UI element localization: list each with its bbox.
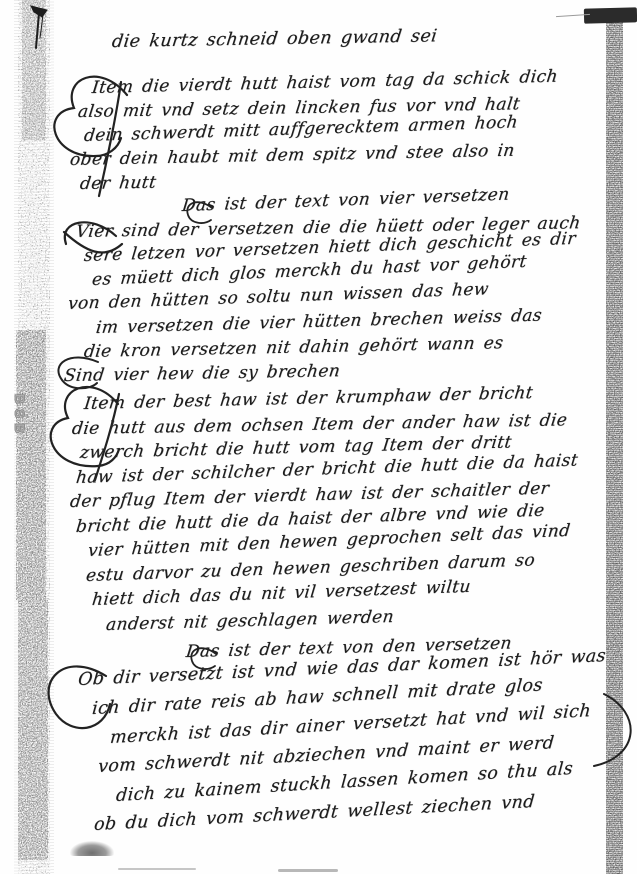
manuscript-text-line: die kurtz schneid oben gwand sei [111,24,439,54]
manuscript-title-line: die kurtz schneid oben gwand sei [112,30,437,54]
bottom-edge-smudge [278,869,338,872]
bottom-ink-blob [70,841,114,856]
right-top-edge-bar [584,7,637,23]
manuscript-scan-page: BSB die kurtz schneid oben gwand sei Ite… [0,0,637,874]
library-stamp-bsb: BSB [12,386,28,446]
right-page-edge-strip [606,12,623,874]
paragraph-ob-dir-versetzt: Ob dir versetzt ist vnd wie das dar kome… [70,666,606,840]
paragraph-hut-vom-tag: Item die vierdt hutt haist vom tag da sc… [78,76,558,196]
paragraph-vier-versetzen: Vier sind der versetzen die die hüett od… [74,220,581,388]
paragraph-vier-hew: Item der best haw ist der krumphaw der b… [72,392,578,637]
bottom-edge-smudge [118,868,196,870]
